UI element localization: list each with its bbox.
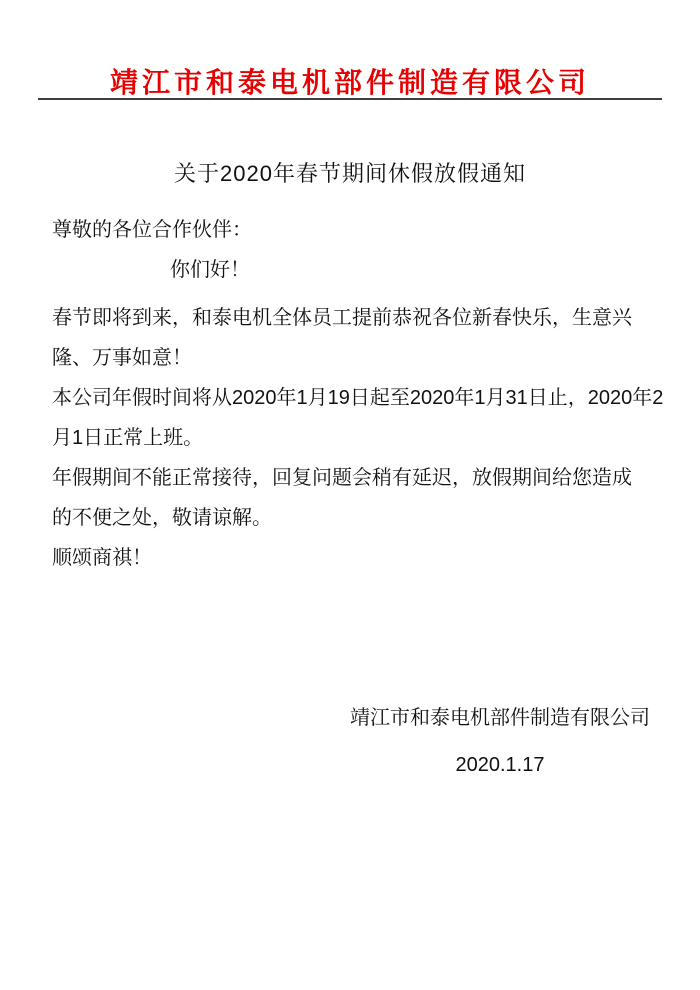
letterhead-divider xyxy=(38,98,662,100)
signature-company: 靖江市和泰电机部件制造有限公司 xyxy=(350,698,650,738)
notice-title: 关于2020年春节期间休假放假通知 xyxy=(0,160,700,187)
body-line: 的不便之处，敬请谅解。 xyxy=(52,498,664,538)
closing-line: 顺颂商祺！ xyxy=(52,538,664,578)
notice-body: 尊敬的各位合作伙伴： 你们好！ 春节即将到来，和泰电机全体员工提前恭祝各位新春快… xyxy=(52,210,664,578)
body-line: 年假期间不能正常接待，回复问题会稍有延迟，放假期间给您造成 xyxy=(52,458,664,498)
body-paragraph: 本公司年假时间将从2020年1月19日起至2020年1月31日止，2020年2 … xyxy=(52,378,664,458)
salutation-line: 尊敬的各位合作伙伴： xyxy=(52,210,664,250)
document-page: 靖江市和泰电机部件制造有限公司 关于2020年春节期间休假放假通知 尊敬的各位合… xyxy=(0,0,700,990)
signature-block: 靖江市和泰电机部件制造有限公司 2020.1.17 xyxy=(350,698,650,785)
body-line: 月1日正常上班。 xyxy=(52,418,664,458)
body-paragraph: 春节即将到来，和泰电机全体员工提前恭祝各位新春快乐，生意兴 隆、万事如意！ xyxy=(52,298,664,378)
body-line: 本公司年假时间将从2020年1月19日起至2020年1月31日止，2020年2 xyxy=(52,378,664,418)
greeting-line: 你们好！ xyxy=(52,250,664,290)
signature-date: 2020.1.17 xyxy=(350,745,650,785)
body-line: 隆、万事如意！ xyxy=(52,338,664,378)
body-line: 春节即将到来，和泰电机全体员工提前恭祝各位新春快乐，生意兴 xyxy=(52,298,664,338)
company-letterhead: 靖江市和泰电机部件制造有限公司 xyxy=(0,68,700,100)
body-paragraph: 年假期间不能正常接待，回复问题会稍有延迟，放假期间给您造成 的不便之处，敬请谅解… xyxy=(52,458,664,538)
